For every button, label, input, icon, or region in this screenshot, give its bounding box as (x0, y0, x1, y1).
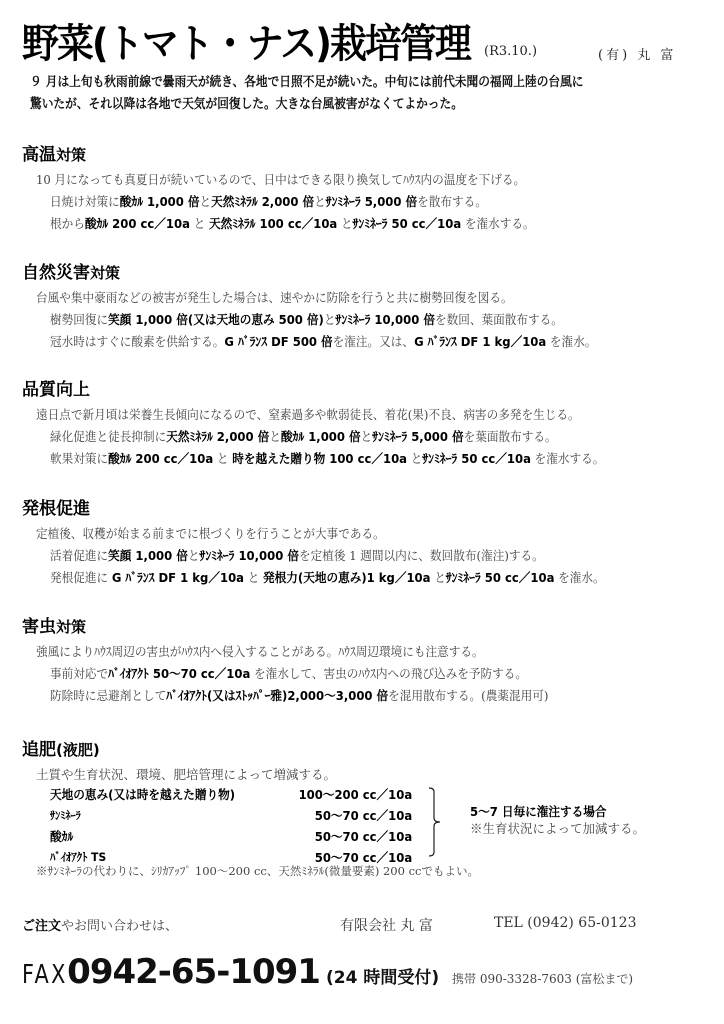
page-title: 野菜(トマト・ナス)栽培管理 (22, 18, 470, 70)
text-segment: と (407, 451, 422, 466)
product-dosage: 天然ﾐﾈﾗﾙ 2,000 倍 (166, 429, 269, 444)
product-dosage: ｻﾝﾐﾈｰﾗ 10,000 倍 (200, 548, 299, 563)
product-dosage: 天然ﾐﾈﾗﾙ 2,000 倍 (211, 194, 314, 209)
intro-line: ９ 月は上旬も秋雨前線で曇雨天が続き、各地で日照不足が続いた。中旬には前代未聞の… (30, 72, 584, 94)
section-heading: 害虫対策 (22, 612, 86, 637)
intro-paragraph: ９ 月は上旬も秋雨前線で曇雨天が続き、各地で日照不足が続いた。中旬には前代未聞の… (30, 72, 584, 116)
product-name: 酸ｶﾙ (50, 826, 235, 847)
product-dosage: 笑顔 1,000 倍(又は天地の恵み 500 倍) (108, 312, 324, 327)
product-dosage: ｻﾝﾐﾈｰﾗ 10,000 倍 (336, 312, 435, 327)
text-segment: 活着促進に (50, 548, 108, 563)
heading-main: 自然災害 (22, 263, 90, 283)
brace-note: ※生育状況によって加減する。 (470, 818, 645, 840)
product-amount: 50～70 cc／10a (282, 826, 412, 847)
product-dosage: G ﾊﾞﾗﾝｽ DF 1 kg／10a (414, 334, 546, 349)
product-name: 天地の恵み(又は時を越えた贈り物) (50, 784, 235, 805)
tel-number[interactable]: TEL (0942) 65-0123 (494, 915, 636, 931)
section-line: 事前対応でﾊﾞｲｵｱｸﾄ 50～70 cc／10a を潅水して、害虫のﾊｳｽ内へ… (50, 663, 527, 685)
product-dosage: ﾊﾞｲｵｱｸﾄ(又はｽﾄｯﾊﾟｰ雅)2,000～3,000 倍 (166, 688, 388, 703)
intro-line: 驚いたが、それ以降は各地で天気が回復した。大きな台風被害がなくてよかった。 (30, 94, 584, 116)
product-dosage: ﾊﾞｲｵｱｸﾄ 50～70 cc／10a (108, 666, 250, 681)
product-dosage: 天然ﾐﾈﾗﾙ 100 cc／10a (209, 216, 337, 231)
company-name-footer: 有限会社 丸 富 (340, 915, 433, 935)
section-heading: 自然災害対策 (22, 258, 120, 283)
section-heading: 品質向上 (22, 375, 90, 400)
section-line: 根から酸ｶﾙ 200 cc／10a と 天然ﾐﾈﾗﾙ 100 cc／10a とｻ… (50, 213, 535, 235)
text-segment: 台風や集中豪雨などの被害が発生した場合は、速やかに防除を行うと共に樹勢回復を図る… (36, 290, 513, 305)
section-line: 軟果対策に酸ｶﾙ 200 cc／10a と 時を越えた贈り物 100 cc／10… (50, 448, 604, 470)
text-segment: 根から (50, 216, 85, 231)
topdressing-footnote: ※ｻﾝﾐﾈｰﾗの代わりに、ｼﾘｶｱｯﾌﾟ 100～200 cc、天然ﾐﾈﾗﾙ(微… (36, 860, 479, 882)
text-segment: 10 月になっても真夏日が続いているので、日中はできる限り換気してﾊｳｽ内の温度… (36, 172, 525, 187)
product-amount: 100～200 cc／10a (282, 784, 412, 805)
product-dosage: 酸ｶﾙ 200 cc／10a (85, 216, 190, 231)
text-segment: を定植後 1 週間以内に、数回散布(潅注)する。 (299, 548, 544, 563)
order-bold: ご注文 (22, 919, 61, 934)
section-line: 台風や集中豪雨などの被害が発生した場合は、速やかに防除を行うと共に樹勢回復を図る… (36, 287, 513, 309)
product-dosage: ｻﾝﾐﾈｰﾗ 5,000 倍 (372, 429, 463, 444)
heading-suffix: 対策 (56, 618, 86, 636)
fax-number[interactable]: 0942-65-1091 (67, 952, 320, 992)
section-line: 日焼け対策に酸ｶﾙ 1,000 倍と天然ﾐﾈﾗﾙ 2,000 倍とｻﾝﾐﾈｰﾗ … (50, 191, 487, 213)
fax-label: FAX (22, 960, 68, 990)
revision-date: (R3.10.) (484, 44, 537, 59)
product-amount: 50～70 cc／10a (282, 805, 412, 826)
text-segment: を潅水して、害虫のﾊｳｽ内への飛び込みを予防する。 (250, 666, 527, 681)
product-dosage: 時を越えた贈り物 100 cc／10a (232, 451, 407, 466)
fax-hours: (24 時間受付) (326, 968, 439, 988)
text-segment: 冠水時はすぐに酸素を供給する。 (50, 334, 224, 349)
section-line: 発根促進に G ﾊﾞﾗﾝｽ DF 1 kg／10a と 発根力(天地の恵み)1 … (50, 567, 605, 589)
text-segment: と (190, 216, 209, 231)
section-line: 強風によりﾊｳｽ周辺の害虫がﾊｳｽ内へ侵入することがある。ﾊｳｽ周辺環境にも注意… (36, 641, 484, 663)
section-line: 遠日点で新月頃は栄養生長傾向になるので、窒素過多や軟弱徒長、着花(果)不良、病害… (36, 404, 580, 426)
product-dosage: 発根力(天地の恵み)1 kg／10a (263, 570, 430, 585)
text-segment: と (213, 451, 232, 466)
company-name-header: (有) 丸 富 (598, 44, 676, 63)
text-segment: と (324, 312, 336, 327)
product-dosage: ｻﾝﾐﾈｰﾗ 5,000 倍 (326, 194, 417, 209)
product-dosage: G ﾊﾞﾗﾝｽ DF 500 倍 (224, 334, 332, 349)
product-dosage: ｻﾝﾐﾈｰﾗ 50 cc／10a (353, 216, 462, 231)
section-line: 緑化促進と徒長抑制に天然ﾐﾈﾗﾙ 2,000 倍と酸ｶﾙ 1,000 倍とｻﾝﾐ… (50, 426, 557, 448)
order-inquiry: ご注文やお問い合わせは、 (22, 915, 178, 934)
text-segment: を潅水。 (554, 570, 604, 585)
product-dosage: ｻﾝﾐﾈｰﾗ 50 cc／10a (446, 570, 555, 585)
product-dosage: 酸ｶﾙ 1,000 倍 (120, 194, 200, 209)
text-segment: を潅注。又は、 (333, 334, 414, 349)
fax-block: FAX0942-65-1091(24 時間受付) (22, 952, 439, 992)
heading-main: 追肥 (22, 740, 56, 760)
heading-main: 品質向上 (22, 380, 90, 400)
text-segment: を混用散布する。(農薬混用可) (388, 688, 548, 703)
section-heading: 高温対策 (22, 140, 86, 165)
topdressing-products: 天地の恵み(又は時を越えた贈り物) ｻﾝﾐﾈｰﾗ 酸ｶﾙ ﾊﾞｲｵｱｸﾄ TS (50, 784, 235, 868)
text-segment: を潅水する。 (531, 451, 604, 466)
product-dosage: 酸ｶﾙ 1,000 倍 (281, 429, 361, 444)
heading-main: 害虫 (22, 617, 56, 637)
product-dosage: 笑顔 1,000 倍 (108, 548, 188, 563)
mobile-number[interactable]: 携帯 090-3328-7603 (富松まで) (452, 970, 633, 987)
product-dosage: G ﾊﾞﾗﾝｽ DF 1 kg／10a (112, 570, 244, 585)
text-segment: 軟果対策に (50, 451, 108, 466)
section-line: 活着促進に笑顔 1,000 倍とｻﾝﾐﾈｰﾗ 10,000 倍を定植後 1 週間… (50, 545, 544, 567)
text-segment: 緑化促進と徒長抑制に (50, 429, 166, 444)
text-segment: を潅水する。 (461, 216, 534, 231)
text-segment: と (269, 429, 281, 444)
section-line: 定植後、収穫が始まる前までに根づくりを行うことが大事である。 (36, 523, 385, 545)
product-dosage: ｻﾝﾐﾈｰﾗ 50 cc／10a (422, 451, 531, 466)
section-line: 10 月になっても真夏日が続いているので、日中はできる限り換気してﾊｳｽ内の温度… (36, 169, 525, 191)
section-line: 冠水時はすぐに酸素を供給する。G ﾊﾞﾗﾝｽ DF 500 倍を潅注。又は、G … (50, 331, 596, 353)
heading-suffix: 対策 (90, 264, 120, 282)
section-heading: 発根促進 (22, 494, 90, 519)
section-heading-topdressing: 追肥(液肥) (22, 735, 100, 760)
text-segment: 日焼け対策に (50, 194, 120, 209)
heading-suffix: (液肥) (56, 741, 100, 759)
text-segment: と (361, 429, 373, 444)
product-name: ｻﾝﾐﾈｰﾗ (50, 805, 235, 826)
section-line: 防除時に忌避剤としてﾊﾞｲｵｱｸﾄ(又はｽﾄｯﾊﾟｰ雅)2,000～3,000 … (50, 685, 548, 707)
text-segment: と (200, 194, 212, 209)
text-segment: を散布する。 (417, 194, 487, 209)
text-segment: 遠日点で新月頃は栄養生長傾向になるので、窒素過多や軟弱徒長、着花(果)不良、病害… (36, 407, 580, 422)
text-segment: と (431, 570, 446, 585)
topdressing-intro: 土質や生育状況、環境、肥培管理によって増減する。 (36, 764, 336, 786)
section-line: 樹勢回復に笑顔 1,000 倍(又は天地の恵み 500 倍)とｻﾝﾐﾈｰﾗ 10… (50, 309, 563, 331)
text-segment: を葉面散布する。 (464, 429, 557, 444)
topdressing-amounts: 100～200 cc／10a 50～70 cc／10a 50～70 cc／10a… (282, 784, 412, 868)
text-segment: 防除時に忌避剤として (50, 688, 166, 703)
text-segment: 定植後、収穫が始まる前までに根づくりを行うことが大事である。 (36, 526, 385, 541)
heading-main: 発根促進 (22, 499, 90, 519)
text-segment: を数回、葉面散布する。 (435, 312, 563, 327)
heading-main: 高温 (22, 145, 56, 165)
text-segment: 強風によりﾊｳｽ周辺の害虫がﾊｳｽ内へ侵入することがある。ﾊｳｽ周辺環境にも注意… (36, 644, 484, 659)
heading-suffix: 対策 (56, 146, 86, 164)
text-segment: と (244, 570, 263, 585)
brace-icon (428, 787, 442, 857)
text-segment: 事前対応で (50, 666, 108, 681)
order-rest: やお問い合わせは、 (61, 919, 178, 934)
text-segment: と (314, 194, 326, 209)
text-segment: と (337, 216, 352, 231)
text-segment: を潅水。 (546, 334, 596, 349)
text-segment: 発根促進に (50, 570, 112, 585)
text-segment: 樹勢回復に (50, 312, 108, 327)
text-segment: と (188, 548, 200, 563)
product-dosage: 酸ｶﾙ 200 cc／10a (108, 451, 213, 466)
